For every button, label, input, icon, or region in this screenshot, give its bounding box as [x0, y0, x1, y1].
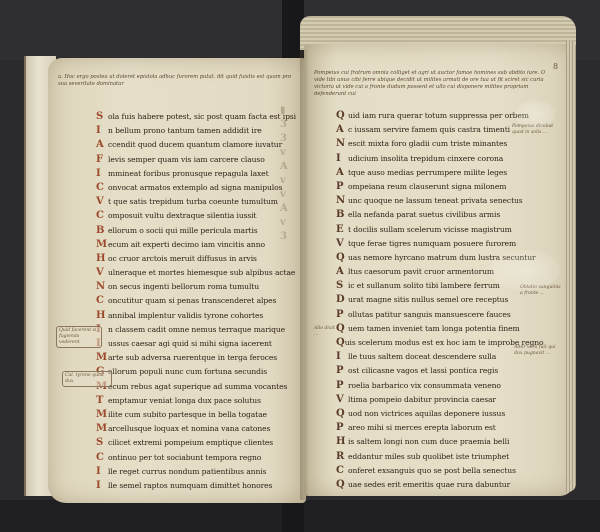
verse-text: ollutas patitur sanguis mansuescere fauc… [348, 310, 511, 319]
verse-text: roelia barbarico vix consummata veneno [348, 381, 501, 390]
verse-text: t que satis trepidum turba coeunte tumul… [108, 197, 278, 206]
verse-line: Mecum ait experti decimo iam vincitis an… [96, 239, 296, 253]
rubricated-initial: S [336, 280, 348, 291]
rubricated-initial: P [336, 365, 348, 376]
rubricated-initial: C [96, 210, 108, 221]
verse-text: emptamur veniat longa dux pace solutus [108, 396, 261, 405]
verse-text: ltima pompeio dabitur provincia caesar [348, 395, 496, 404]
rubricated-initial: M [96, 409, 108, 420]
margin-gloss: Alio dixit ... [314, 326, 340, 338]
verse-line: Mecum rebus agat superique ad summa voca… [96, 381, 296, 395]
verse-line: Quem tamen inveniet tam longa potentia f… [336, 323, 536, 337]
verse-line: Sola fuis habere potest, sic post quam f… [96, 111, 296, 125]
rubricated-initial: A [336, 167, 348, 178]
rubricated-initial: P [336, 309, 348, 320]
verse-line: Ille reget currus nondum patientibus ann… [96, 466, 296, 480]
verse-line: Pareo mihi si merces erepta laborum est [336, 422, 536, 436]
verse-text: uid iam rura querar totum suppressa per … [348, 111, 529, 120]
verse-text: arte sub adversa ruerentque in terga fer… [108, 353, 277, 362]
right-page-header-note: Pompeius cui fratrum omnia colliget et a… [314, 70, 554, 98]
verse-text: areo mihi si merces erepta laborum est [348, 423, 496, 432]
stain [515, 100, 555, 128]
verse-text: cilicet extremi pompeium emptique client… [108, 438, 273, 447]
left-page-header-note: a. Hoc ergo postea ut doleret epistola a… [58, 74, 298, 88]
verse-text: ola fuis habere potest, sic post quam fa… [108, 112, 296, 121]
rubricated-initial: B [336, 209, 348, 220]
verse-line: Atque auso medias perrumpere milite lege… [336, 167, 536, 181]
verse-line: Marte sub adversa ruerentque in terga fe… [96, 352, 296, 366]
verse-text: onferet exsanguis quo se post bella sene… [348, 466, 516, 475]
verse-text: oncutitur quam si penas transcenderet al… [108, 296, 276, 305]
margin-gloss: Alter vero fuit qui dux pugnavit ... [514, 345, 564, 357]
margin-gloss: Quid facerent si fugienda vederent [56, 326, 102, 348]
verse-line: Hoc cruor arctois meruit diffusus in arv… [96, 253, 296, 267]
rubricated-initial: V [96, 267, 108, 278]
rubricated-initial: N [336, 138, 348, 149]
rubricated-initial: V [336, 394, 348, 405]
verse-text: omposuit vultu dextraque silentia iussit [108, 211, 257, 220]
verse-text: annibal implentur validis tyrone cohorte… [108, 311, 263, 320]
left-margin-marks: ▮33vAvvAv3 [280, 104, 294, 244]
rubricated-initial: B [96, 225, 108, 236]
rubricated-initial: N [336, 195, 348, 206]
rubricated-initial: I [96, 466, 108, 477]
verse-line: Ille tuus saltem doceat descendere sulla [336, 351, 536, 365]
rubricated-initial: E [336, 224, 348, 235]
verse-line: Vtque ferae tigres numquam posuere furor… [336, 238, 536, 252]
verse-line: His saltem longi non cum duce praemia be… [336, 436, 536, 450]
verse-text: lle reget currus nondum patientibus anni… [108, 467, 266, 476]
right-page-verses: Quid iam rura querar totum suppressa per… [336, 110, 536, 493]
left-page-verses: Sola fuis habere potest, sic post quam f… [96, 111, 296, 494]
verse-text: unc quoque ne lassum teneat privata sene… [348, 196, 523, 205]
verse-text: levis semper quam vis iam carcere clauso [108, 155, 265, 164]
rubricated-initial: C [96, 182, 108, 193]
verse-text: lle tuus saltem doceat descendere sulla [348, 352, 496, 361]
verse-line: Continuo per tot sociabunt tempora regno [96, 452, 296, 466]
rubricated-initial: A [336, 124, 348, 135]
rubricated-initial: F [96, 154, 108, 165]
verse-line: Quis scelerum modus est ex hoc iam te im… [336, 337, 536, 351]
rubricated-initial: C [96, 295, 108, 306]
verse-line: Composuit vultu dextraque silentia iussi… [96, 210, 296, 224]
verse-line: Iudicium insolita trepidum cinxere coron… [336, 153, 536, 167]
verse-line: Bella nefanda parat suetus civilibus arm… [336, 209, 536, 223]
rubricated-initial: P [336, 380, 348, 391]
verse-text: tque auso medias perrumpere milite leges [348, 168, 507, 177]
rubricated-initial: Q [336, 479, 348, 490]
verse-line: Quid iam rura querar totum suppressa per… [336, 110, 536, 124]
rubricated-initial: I [96, 480, 108, 491]
rubricated-initial: Q [336, 252, 348, 263]
rubricated-initial: M [96, 352, 108, 363]
verse-text: tque ferae tigres numquam posuere furore… [348, 239, 516, 248]
rubricated-initial: T [96, 395, 108, 406]
verse-line: Temptamur veniat longa dux pace solutus [96, 395, 296, 409]
verse-text: ulneraque et mortes hiemesque sub alpibu… [108, 268, 295, 277]
verse-line: Non secus ingenti bellorum roma tumultu [96, 281, 296, 295]
rubricated-initial: A [96, 139, 108, 150]
verse-text: ussus caesar agi quid si mihi signa iace… [108, 339, 272, 348]
verse-text: ilite cum subito partesque in bella toga… [108, 410, 267, 419]
verse-text: udicium insolita trepidum cinxere corona [348, 154, 503, 163]
rubricated-initial: A [336, 266, 348, 277]
verse-text: escit mixta foro gladii cum triste minan… [348, 139, 507, 148]
verse-line: Ille semel raptos numquam dimittet honor… [96, 480, 296, 494]
rubricated-initial: Q [336, 408, 348, 419]
verse-line: Concutitur quam si penas transcenderet a… [96, 295, 296, 309]
verse-text: ecum rebus agat superique ad summa vocan… [108, 382, 287, 391]
verse-line: Flevis semper quam vis iam carcere claus… [96, 154, 296, 168]
verse-text: uod non victrices aquilas deponere iussu… [348, 409, 505, 418]
rubricated-initial: I [336, 153, 348, 164]
verse-text: ost cilicasne vagos et lassi pontica reg… [348, 366, 498, 375]
verse-text: ecum ait experti decimo iam vincitis ann… [108, 240, 265, 249]
rubricated-initial: I [96, 125, 108, 136]
rubricated-initial: M [96, 239, 108, 250]
verse-text: lle semel raptos numquam dimittet honore… [108, 481, 272, 490]
verse-line: Milite cum subito partesque in bella tog… [96, 409, 296, 423]
verse-line: Durat magne sitis nullus semel ore recep… [336, 294, 536, 308]
verse-line: Et docilis sullam scelerum vicisse magis… [336, 224, 536, 238]
verse-text: arcellusque loquax et nomina vana catone… [108, 424, 270, 433]
verse-text: mmineat foribus pronusque repagula laxet [108, 169, 269, 178]
rubricated-initial: C [336, 465, 348, 476]
rubricated-initial: Q [336, 337, 345, 348]
verse-line: Nescit mixta foro gladii cum triste mina… [336, 138, 536, 152]
verse-line: Quae sedes erit emeritis quae rura dabun… [336, 479, 536, 493]
verse-line: Scilicet extremi pompeium emptique clien… [96, 437, 296, 451]
verse-line: Bellorum o socii qui mille pericula mart… [96, 225, 296, 239]
verse-text: c iussam servire famem quis castra timen… [348, 125, 510, 134]
rubricated-initial: Q [336, 110, 348, 121]
verse-text: t docilis sullam scelerum vicisse magist… [348, 225, 512, 234]
rubricated-initial: V [336, 238, 348, 249]
verse-line: Accendit quod ducem quantum clamore iuva… [96, 139, 296, 153]
verse-text: onvocat armatos extemplo ad signa manipu… [108, 183, 282, 192]
verse-line: Ac iussam servire famem quis castra time… [336, 124, 536, 138]
margin-gloss: Cal. tyrone quod dux [62, 371, 112, 387]
rubricated-initial: S [96, 111, 108, 122]
verse-line: Hannibal implentur validis tyrone cohort… [96, 310, 296, 324]
gutter-shadow [300, 50, 308, 500]
verse-text: oc cruor arctois meruit diffusus in arvi… [108, 254, 257, 263]
rubricated-initial: V [96, 196, 108, 207]
verse-text: allorum populi nunc cum fortuna secundis [108, 367, 267, 376]
verse-line: Vulneraque et mortes hiemesque sub alpib… [96, 267, 296, 281]
verse-line: Marcellusque loquax et nomina vana caton… [96, 423, 296, 437]
verse-line: Post cilicasne vagos et lassi pontica re… [336, 365, 536, 379]
verse-text: is saltem longi non cum duce praemia bel… [348, 437, 509, 446]
verse-line: Convocat armatos extemplo ad signa manip… [96, 182, 296, 196]
stain [490, 250, 560, 290]
verse-text: ella nefanda parat suetus civilibus armi… [348, 210, 500, 219]
verse-line: In bellum prono tantum tamen addidit ire [96, 125, 296, 139]
verse-line: Gallorum populi nunc cum fortuna secundi… [96, 366, 296, 380]
verse-text: eddantur miles sub quolibet iste triumph… [348, 452, 509, 461]
rubricated-initial: C [96, 452, 108, 463]
verse-line: Vt que satis trepidum turba coeunte tumu… [96, 196, 296, 210]
rubricated-initial: S [96, 437, 108, 448]
verse-line: Pompeiana reum clauserunt signa milonem [336, 181, 536, 195]
rubricated-initial: H [336, 436, 348, 447]
verse-text: ompeiana reum clauserunt signa milonem [348, 182, 506, 191]
rubricated-initial: I [96, 168, 108, 179]
rubricated-initial: N [96, 281, 108, 292]
verse-line: Immineat foribus pronusque repagula laxe… [96, 168, 296, 182]
verse-text: ontinuo per tot sociabunt tempora regno [108, 453, 261, 462]
verse-text: ccendit quod ducem quantum clamore iuvat… [108, 140, 282, 149]
rubricated-initial: H [96, 310, 108, 321]
verse-line: Nunc quoque ne lassum teneat privata sen… [336, 195, 536, 209]
verse-line: Quod non victrices aquilas deponere iuss… [336, 408, 536, 422]
verse-line: Pollutas patitur sanguis mansuescere fau… [336, 309, 536, 323]
verse-text: urat magne sitis nullus semel ore recept… [348, 295, 508, 304]
rubricated-initial: H [96, 253, 108, 264]
rubricated-initial: P [336, 181, 348, 192]
page-edges-right [566, 40, 576, 492]
rubricated-initial: D [336, 294, 348, 305]
rubricated-initial: M [96, 423, 108, 434]
verse-line: Proelia barbarico vix consummata veneno [336, 380, 536, 394]
verse-line: Vltima pompeio dabitur provincia caesar [336, 394, 536, 408]
rubricated-initial: P [336, 422, 348, 433]
verse-line: In classem cadit omne nemus terraque mar… [96, 324, 296, 338]
verse-text: on secus ingenti bellorum roma tumultu [108, 282, 259, 291]
verse-text: n bellum prono tantum tamen addidit ire [108, 126, 262, 135]
verse-line: Conferet exsanguis quo se post bella sen… [336, 465, 536, 479]
verse-text: ltus caesorum pavit cruor armentorum [348, 267, 494, 276]
verse-line: Iussus caesar agi quid si mihi signa iac… [96, 338, 296, 352]
rubricated-initial: I [336, 351, 348, 362]
verse-text: uae sedes erit emeritis quae rura dabunt… [348, 480, 510, 489]
verse-text: ic et sullanum solito tibi lambere ferru… [348, 281, 500, 290]
verse-line: Reddantur miles sub quolibet iste triump… [336, 451, 536, 465]
verse-text: uem tamen inveniet tam longa potentia fi… [348, 324, 520, 333]
verse-text: n classem cadit omne nemus terraque mari… [108, 325, 285, 334]
verse-text: ellorum o socii qui mille pericula marti… [108, 226, 258, 235]
rubricated-initial: R [336, 451, 348, 462]
